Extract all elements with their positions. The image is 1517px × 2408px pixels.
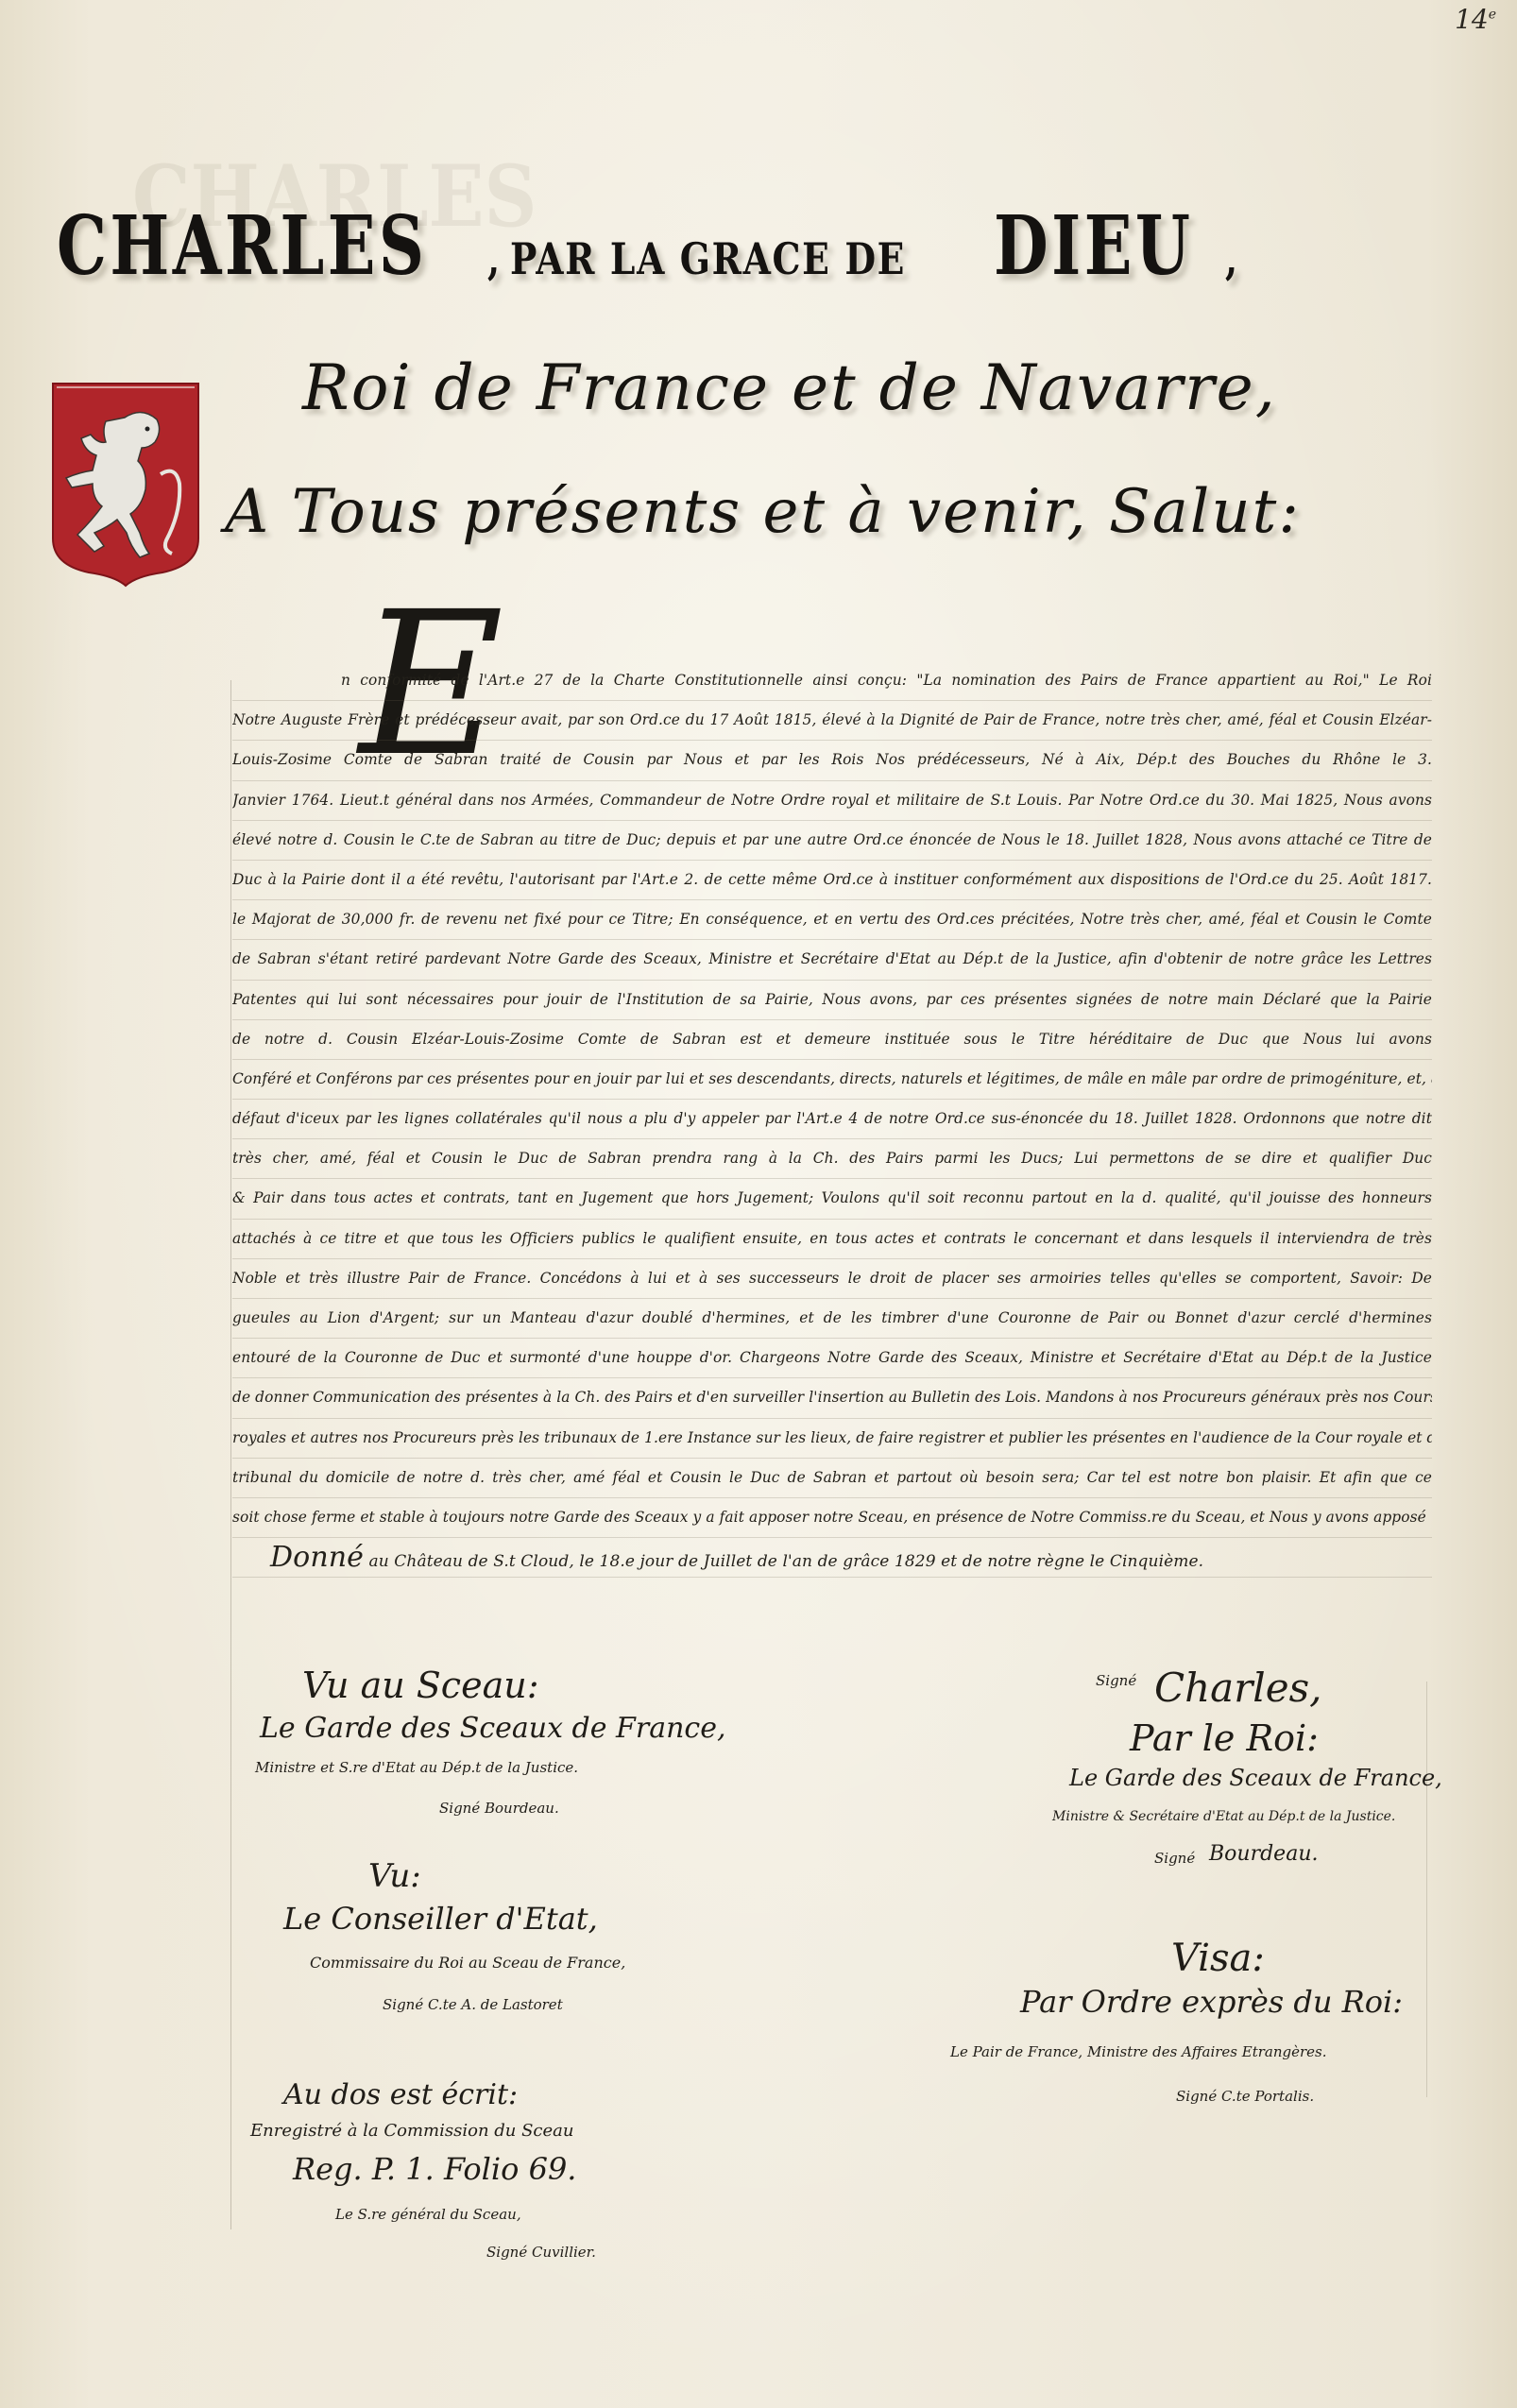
folio-number: 14e xyxy=(1455,4,1496,35)
au-dos-office: Le S.re général du Sceau, xyxy=(335,2206,521,2223)
coat-of-arms-icon xyxy=(49,380,202,588)
body-line: défaut d'iceux par les lignes collatéral… xyxy=(232,1100,1432,1139)
king-garde-title: Le Garde des Sceaux de France, xyxy=(1069,1765,1442,1791)
heading-dieu: DIEU xyxy=(994,198,1193,294)
body-line: de notre d. Cousin Elzéar-Louis-Zosime C… xyxy=(232,1020,1432,1060)
au-dos-heading: Au dos est écrit: xyxy=(283,2078,518,2111)
body-line: Notre Auguste Frère et prédécesseur avai… xyxy=(232,701,1432,741)
conseiller-signature: Signé C.te A. de Lastoret xyxy=(383,1996,563,2013)
donne-word: Donné xyxy=(270,1541,364,1574)
body-line: tribunal du domicile de notre d. très ch… xyxy=(232,1459,1432,1498)
body-line: de donner Communication des présentes à … xyxy=(232,1378,1432,1418)
vu-heading: Vu: xyxy=(368,1857,421,1895)
heading-comma: , xyxy=(487,233,502,284)
royal-heading: CHARLES, PAR LA GRACE DE DIEU, xyxy=(57,198,1474,294)
closing-line: Donné au Château de S.t Cloud, le 18.e j… xyxy=(232,1538,1432,1578)
body-line: Conféré et Conférons par ces présentes p… xyxy=(232,1060,1432,1100)
par-le-roi: Par le Roi: xyxy=(1130,1717,1319,1759)
body-line: n conformité de l'Art.e 27 de la Charte … xyxy=(232,661,1432,701)
body-line: élevé notre d. Cousin le C.te de Sabran … xyxy=(232,821,1432,861)
manuscript-page: 14e CHARLES CHARLES, PAR LA GRACE DE DIE… xyxy=(0,0,1517,2408)
body-line: Noble et très illustre Pair de France. C… xyxy=(232,1259,1432,1299)
vu-au-sceau-office: Ministre et S.re d'Etat au Dép.t de la J… xyxy=(255,1759,578,1776)
visa-heading: Visa: xyxy=(1171,1937,1265,1980)
body-line: de Sabran s'étant retiré pardevant Notre… xyxy=(232,940,1432,980)
vu-au-sceau-signature: Signé Bourdeau. xyxy=(439,1800,559,1817)
body-line: soit chose ferme et stable à toujours no… xyxy=(232,1498,1432,1538)
heading-comma-2: , xyxy=(1225,233,1239,284)
au-dos-folio: Reg. P. 1. Folio 69. xyxy=(293,2151,576,2187)
margin-rule-right xyxy=(1426,1682,1427,2097)
margin-rule xyxy=(230,680,231,2229)
king-garde-office: Ministre & Secrétaire d'Etat au Dép.t de… xyxy=(1052,1809,1395,1824)
body-line: attachés à ce titre et que tous les Offi… xyxy=(232,1220,1432,1259)
body-line: très cher, amé, féal et Cousin le Duc de… xyxy=(232,1139,1432,1179)
heading-charles: CHARLES xyxy=(57,198,427,294)
body-line: gueules au Lion d'Argent; sur un Manteau… xyxy=(232,1299,1432,1339)
vu-au-sceau-heading: Vu au Sceau: xyxy=(302,1665,539,1706)
body-line: le Majorat de 30,000 fr. de revenu net f… xyxy=(232,900,1432,940)
heading-grace: PAR LA GRACE DE xyxy=(510,233,906,284)
conseiller-title: Le Conseiller d'Etat, xyxy=(283,1901,598,1937)
visa-order: Par Ordre exprès du Roi: xyxy=(1020,1984,1403,2020)
au-dos-registration: Enregistré à la Commission du Sceau xyxy=(250,2121,574,2141)
salutation: A Tous présents et à venir, Salut: xyxy=(225,477,1301,547)
king-countersign-name: Bourdeau. xyxy=(1209,1842,1318,1866)
closing-text: au Château de S.t Cloud, le 18.e jour de… xyxy=(364,1552,1203,1571)
body-line: & Pair dans tous actes et contrats, tant… xyxy=(232,1179,1432,1219)
letters-patent-body: n conformité de l'Art.e 27 de la Charte … xyxy=(232,661,1432,1578)
king-signature: Charles, xyxy=(1154,1665,1322,1711)
body-line: Janvier 1764. Lieut.t général dans nos A… xyxy=(232,781,1432,821)
body-line: Louis-Zosime Comte de Sabran traité de C… xyxy=(232,741,1432,780)
body-line: entouré de la Couronne de Duc et surmont… xyxy=(232,1339,1432,1378)
royal-subtitle: Roi de France et de Navarre, xyxy=(302,351,1277,424)
visa-office: Le Pair de France, Ministre des Affaires… xyxy=(950,2043,1327,2060)
visa-signature: Signé C.te Portalis. xyxy=(1176,2088,1314,2105)
king-countersign-label: Signé xyxy=(1154,1850,1195,1867)
conseiller-office: Commissaire du Roi au Sceau de France, xyxy=(310,1954,625,1972)
body-line: Patentes qui lui sont nécessaires pour j… xyxy=(232,981,1432,1020)
body-line: royales et autres nos Procureurs près le… xyxy=(232,1419,1432,1459)
vu-au-sceau-title: Le Garde des Sceaux de France, xyxy=(260,1712,726,1745)
king-signe-label: Signé xyxy=(1096,1672,1136,1689)
body-line: Duc à la Pairie dont il a été revêtu, l'… xyxy=(232,861,1432,900)
au-dos-signature: Signé Cuvillier. xyxy=(486,2244,596,2261)
